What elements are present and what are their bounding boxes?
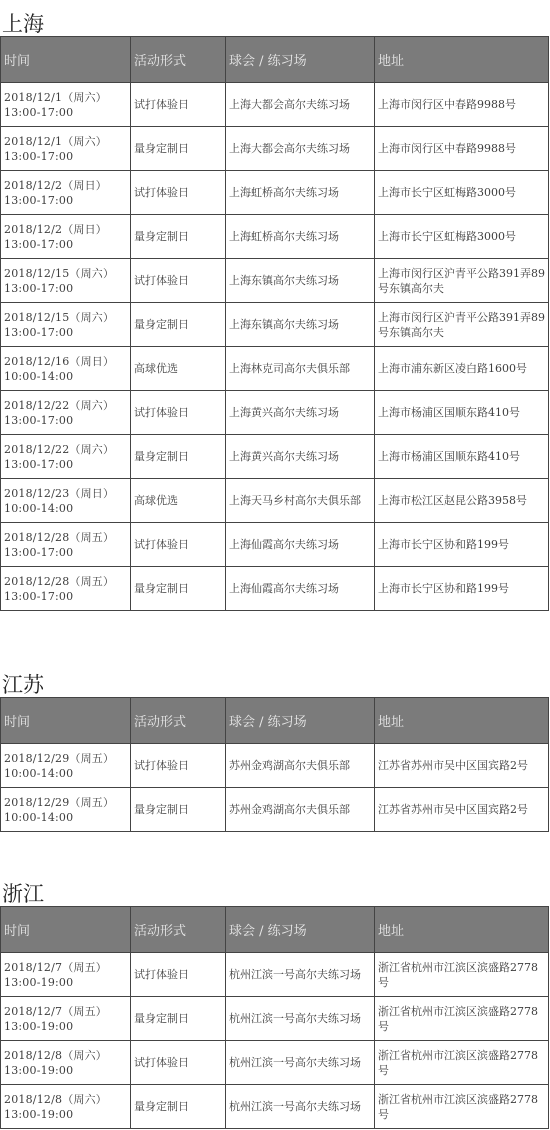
cell-address: 上海市闵行区中春路9988号 [375,83,549,127]
column-header-time: 时间 [1,698,131,744]
cell-address: 浙江省杭州市江滨区滨盛路2778号 [375,953,549,997]
cell-venue: 上海东镇高尔夫练习场 [226,303,375,347]
cell-time: 2018/12/1（周六）13:00-17:00 [1,83,131,127]
event-hours: 13:00-17:00 [4,589,128,604]
table-body: 2018/12/29（周五）10:00-14:00试打体验日苏州金鸡湖高尔夫俱乐… [1,744,549,832]
table-row: 2018/12/2（周日）13:00-17:00试打体验日上海虹桥高尔夫练习场上… [1,171,549,215]
cell-address: 浙江省杭州市江滨区滨盛路2778号 [375,1085,549,1129]
table-row: 2018/12/23（周日）10:00-14:00高球优选上海天马乡村高尔夫俱乐… [1,479,549,523]
column-header-venue: 球会 / 练习场 [226,698,375,744]
cell-time: 2018/12/22（周六）13:00-17:00 [1,391,131,435]
cell-activity-type: 量身定制日 [131,435,226,479]
event-date: 2018/12/23（周日） [4,486,128,501]
cell-activity-type: 试打体验日 [131,1041,226,1085]
table-row: 2018/12/16（周日）10:00-14:00高球优选上海林克司高尔夫俱乐部… [1,347,549,391]
cell-address: 上海市闵行区沪青平公路391弄89号东镇高尔夫 [375,303,549,347]
cell-activity-type: 试打体验日 [131,523,226,567]
cell-time: 2018/12/29（周五）10:00-14:00 [1,788,131,832]
cell-venue: 杭州江滨一号高尔夫练习场 [226,953,375,997]
cell-activity-type: 量身定制日 [131,215,226,259]
event-date: 2018/12/2（周日） [4,222,128,237]
event-date: 2018/12/1（周六） [4,134,128,149]
cell-venue: 上海黄兴高尔夫练习场 [226,391,375,435]
cell-activity-type: 试打体验日 [131,953,226,997]
table-row: 2018/12/8（周六）13:00-19:00试打体验日杭州江滨一号高尔夫练习… [1,1041,549,1085]
cell-time: 2018/12/7（周五）13:00-19:00 [1,997,131,1041]
cell-address: 江苏省苏州市吴中区国宾路2号 [375,744,549,788]
cell-venue: 杭州江滨一号高尔夫练习场 [226,1085,375,1129]
cell-venue: 上海东镇高尔夫练习场 [226,259,375,303]
cell-time: 2018/12/29（周五）10:00-14:00 [1,744,131,788]
cell-venue: 上海大都会高尔夫练习场 [226,83,375,127]
cell-time: 2018/12/2（周日）13:00-17:00 [1,215,131,259]
event-date: 2018/12/7（周五） [4,960,128,975]
event-hours: 13:00-19:00 [4,975,128,990]
event-date: 2018/12/1（周六） [4,90,128,105]
cell-time: 2018/12/8（周六）13:00-19:00 [1,1041,131,1085]
cell-address: 浙江省杭州市江滨区滨盛路2778号 [375,1041,549,1085]
table-row: 2018/12/7（周五）13:00-19:00试打体验日杭州江滨一号高尔夫练习… [1,953,549,997]
event-date: 2018/12/16（周日） [4,354,128,369]
event-hours: 13:00-17:00 [4,413,128,428]
event-hours: 13:00-17:00 [4,193,128,208]
cell-venue: 上海虹桥高尔夫练习场 [226,171,375,215]
event-hours: 13:00-17:00 [4,149,128,164]
cell-venue: 苏州金鸡湖高尔夫俱乐部 [226,788,375,832]
column-header-type: 活动形式 [131,907,226,953]
cell-activity-type: 试打体验日 [131,744,226,788]
cell-venue: 上海仙霞高尔夫练习场 [226,523,375,567]
column-header-address: 地址 [375,37,549,83]
section-shanghai: 上海 时间 活动形式 球会 / 练习场 地址 2018/12/1（周六）13:0… [0,12,550,611]
event-hours: 13:00-17:00 [4,237,128,252]
column-header-time: 时间 [1,907,131,953]
table-row: 2018/12/28（周五）13:00-17:00试打体验日上海仙霞高尔夫练习场… [1,523,549,567]
table-header-row: 时间 活动形式 球会 / 练习场 地址 [1,907,549,953]
cell-address: 上海市杨浦区国顺东路410号 [375,391,549,435]
cell-address: 上海市长宁区协和路199号 [375,523,549,567]
cell-address: 上海市长宁区虹梅路3000号 [375,215,549,259]
event-date: 2018/12/15（周六） [4,310,128,325]
schedule-table-zhejiang: 时间 活动形式 球会 / 练习场 地址 2018/12/7（周五）13:00-1… [0,906,549,1129]
cell-activity-type: 量身定制日 [131,303,226,347]
cell-address: 上海市长宁区协和路199号 [375,567,549,611]
event-hours: 10:00-14:00 [4,766,128,781]
event-hours: 13:00-17:00 [4,105,128,120]
cell-activity-type: 试打体验日 [131,391,226,435]
cell-time: 2018/12/7（周五）13:00-19:00 [1,953,131,997]
table-row: 2018/12/22（周六）13:00-17:00试打体验日上海黄兴高尔夫练习场… [1,391,549,435]
section-jiangsu: 江苏 时间 活动形式 球会 / 练习场 地址 2018/12/29（周五）10:… [0,673,550,832]
event-hours: 13:00-17:00 [4,281,128,296]
event-hours: 10:00-14:00 [4,810,128,825]
section-zhejiang: 浙江 时间 活动形式 球会 / 练习场 地址 2018/12/7（周五）13:0… [0,882,550,1129]
cell-time: 2018/12/23（周日）10:00-14:00 [1,479,131,523]
schedule-table-jiangsu: 时间 活动形式 球会 / 练习场 地址 2018/12/29（周五）10:00-… [0,697,549,832]
table-header-row: 时间 活动形式 球会 / 练习场 地址 [1,37,549,83]
cell-time: 2018/12/28（周五）13:00-17:00 [1,567,131,611]
cell-activity-type: 量身定制日 [131,127,226,171]
cell-time: 2018/12/15（周六）13:00-17:00 [1,259,131,303]
cell-venue: 苏州金鸡湖高尔夫俱乐部 [226,744,375,788]
cell-venue: 上海黄兴高尔夫练习场 [226,435,375,479]
event-hours: 13:00-19:00 [4,1107,128,1122]
table-row: 2018/12/2（周日）13:00-17:00量身定制日上海虹桥高尔夫练习场上… [1,215,549,259]
cell-activity-type: 高球优选 [131,479,226,523]
cell-time: 2018/12/8（周六）13:00-19:00 [1,1085,131,1129]
event-date: 2018/12/28（周五） [4,530,128,545]
event-date: 2018/12/15（周六） [4,266,128,281]
column-header-venue: 球会 / 练习场 [226,907,375,953]
column-header-address: 地址 [375,907,549,953]
event-date: 2018/12/8（周六） [4,1048,128,1063]
cell-address: 上海市杨浦区国顺东路410号 [375,435,549,479]
cell-time: 2018/12/15（周六）13:00-17:00 [1,303,131,347]
cell-address: 上海市长宁区虹梅路3000号 [375,171,549,215]
table-row: 2018/12/15（周六）13:00-17:00量身定制日上海东镇高尔夫练习场… [1,303,549,347]
cell-activity-type: 试打体验日 [131,83,226,127]
event-date: 2018/12/8（周六） [4,1092,128,1107]
event-date: 2018/12/22（周六） [4,398,128,413]
region-title: 江苏 [0,673,550,697]
cell-activity-type: 试打体验日 [131,259,226,303]
cell-activity-type: 量身定制日 [131,788,226,832]
cell-venue: 上海林克司高尔夫俱乐部 [226,347,375,391]
column-header-venue: 球会 / 练习场 [226,37,375,83]
cell-address: 上海市闵行区中春路9988号 [375,127,549,171]
cell-time: 2018/12/16（周日）10:00-14:00 [1,347,131,391]
cell-time: 2018/12/2（周日）13:00-17:00 [1,171,131,215]
event-hours: 10:00-14:00 [4,501,128,516]
cell-address: 上海市松江区赵昆公路3958号 [375,479,549,523]
table-row: 2018/12/29（周五）10:00-14:00试打体验日苏州金鸡湖高尔夫俱乐… [1,744,549,788]
cell-venue: 上海仙霞高尔夫练习场 [226,567,375,611]
table-row: 2018/12/22（周六）13:00-17:00量身定制日上海黄兴高尔夫练习场… [1,435,549,479]
table-row: 2018/12/29（周五）10:00-14:00量身定制日苏州金鸡湖高尔夫俱乐… [1,788,549,832]
event-date: 2018/12/7（周五） [4,1004,128,1019]
schedule-table-shanghai: 时间 活动形式 球会 / 练习场 地址 2018/12/1（周六）13:00-1… [0,36,549,611]
cell-activity-type: 量身定制日 [131,567,226,611]
cell-address: 上海市闵行区沪青平公路391弄89号东镇高尔夫 [375,259,549,303]
cell-address: 上海市浦东新区凌白路1600号 [375,347,549,391]
event-date: 2018/12/29（周五） [4,751,128,766]
cell-time: 2018/12/28（周五）13:00-17:00 [1,523,131,567]
event-date: 2018/12/28（周五） [4,574,128,589]
event-date: 2018/12/22（周六） [4,442,128,457]
cell-venue: 杭州江滨一号高尔夫练习场 [226,1041,375,1085]
cell-time: 2018/12/1（周六）13:00-17:00 [1,127,131,171]
region-title: 上海 [0,12,550,36]
event-date: 2018/12/2（周日） [4,178,128,193]
column-header-type: 活动形式 [131,37,226,83]
event-hours: 13:00-17:00 [4,545,128,560]
table-row: 2018/12/28（周五）13:00-17:00量身定制日上海仙霞高尔夫练习场… [1,567,549,611]
table-body: 2018/12/1（周六）13:00-17:00试打体验日上海大都会高尔夫练习场… [1,83,549,611]
cell-time: 2018/12/22（周六）13:00-17:00 [1,435,131,479]
table-body: 2018/12/7（周五）13:00-19:00试打体验日杭州江滨一号高尔夫练习… [1,953,549,1129]
column-header-time: 时间 [1,37,131,83]
cell-activity-type: 量身定制日 [131,997,226,1041]
table-header-row: 时间 活动形式 球会 / 练习场 地址 [1,698,549,744]
event-hours: 13:00-19:00 [4,1063,128,1078]
table-row: 2018/12/8（周六）13:00-19:00量身定制日杭州江滨一号高尔夫练习… [1,1085,549,1129]
table-row: 2018/12/7（周五）13:00-19:00量身定制日杭州江滨一号高尔夫练习… [1,997,549,1041]
cell-address: 浙江省杭州市江滨区滨盛路2778号 [375,997,549,1041]
cell-venue: 上海天马乡村高尔夫俱乐部 [226,479,375,523]
cell-activity-type: 高球优选 [131,347,226,391]
table-row: 2018/12/1（周六）13:00-17:00试打体验日上海大都会高尔夫练习场… [1,83,549,127]
event-hours: 10:00-14:00 [4,369,128,384]
table-row: 2018/12/15（周六）13:00-17:00试打体验日上海东镇高尔夫练习场… [1,259,549,303]
cell-activity-type: 试打体验日 [131,171,226,215]
cell-venue: 杭州江滨一号高尔夫练习场 [226,997,375,1041]
event-hours: 13:00-17:00 [4,457,128,472]
event-date: 2018/12/29（周五） [4,795,128,810]
column-header-type: 活动形式 [131,698,226,744]
cell-venue: 上海大都会高尔夫练习场 [226,127,375,171]
cell-activity-type: 量身定制日 [131,1085,226,1129]
event-hours: 13:00-19:00 [4,1019,128,1034]
column-header-address: 地址 [375,698,549,744]
cell-venue: 上海虹桥高尔夫练习场 [226,215,375,259]
event-hours: 13:00-17:00 [4,325,128,340]
region-title: 浙江 [0,882,550,906]
cell-address: 江苏省苏州市吴中区国宾路2号 [375,788,549,832]
table-row: 2018/12/1（周六）13:00-17:00量身定制日上海大都会高尔夫练习场… [1,127,549,171]
